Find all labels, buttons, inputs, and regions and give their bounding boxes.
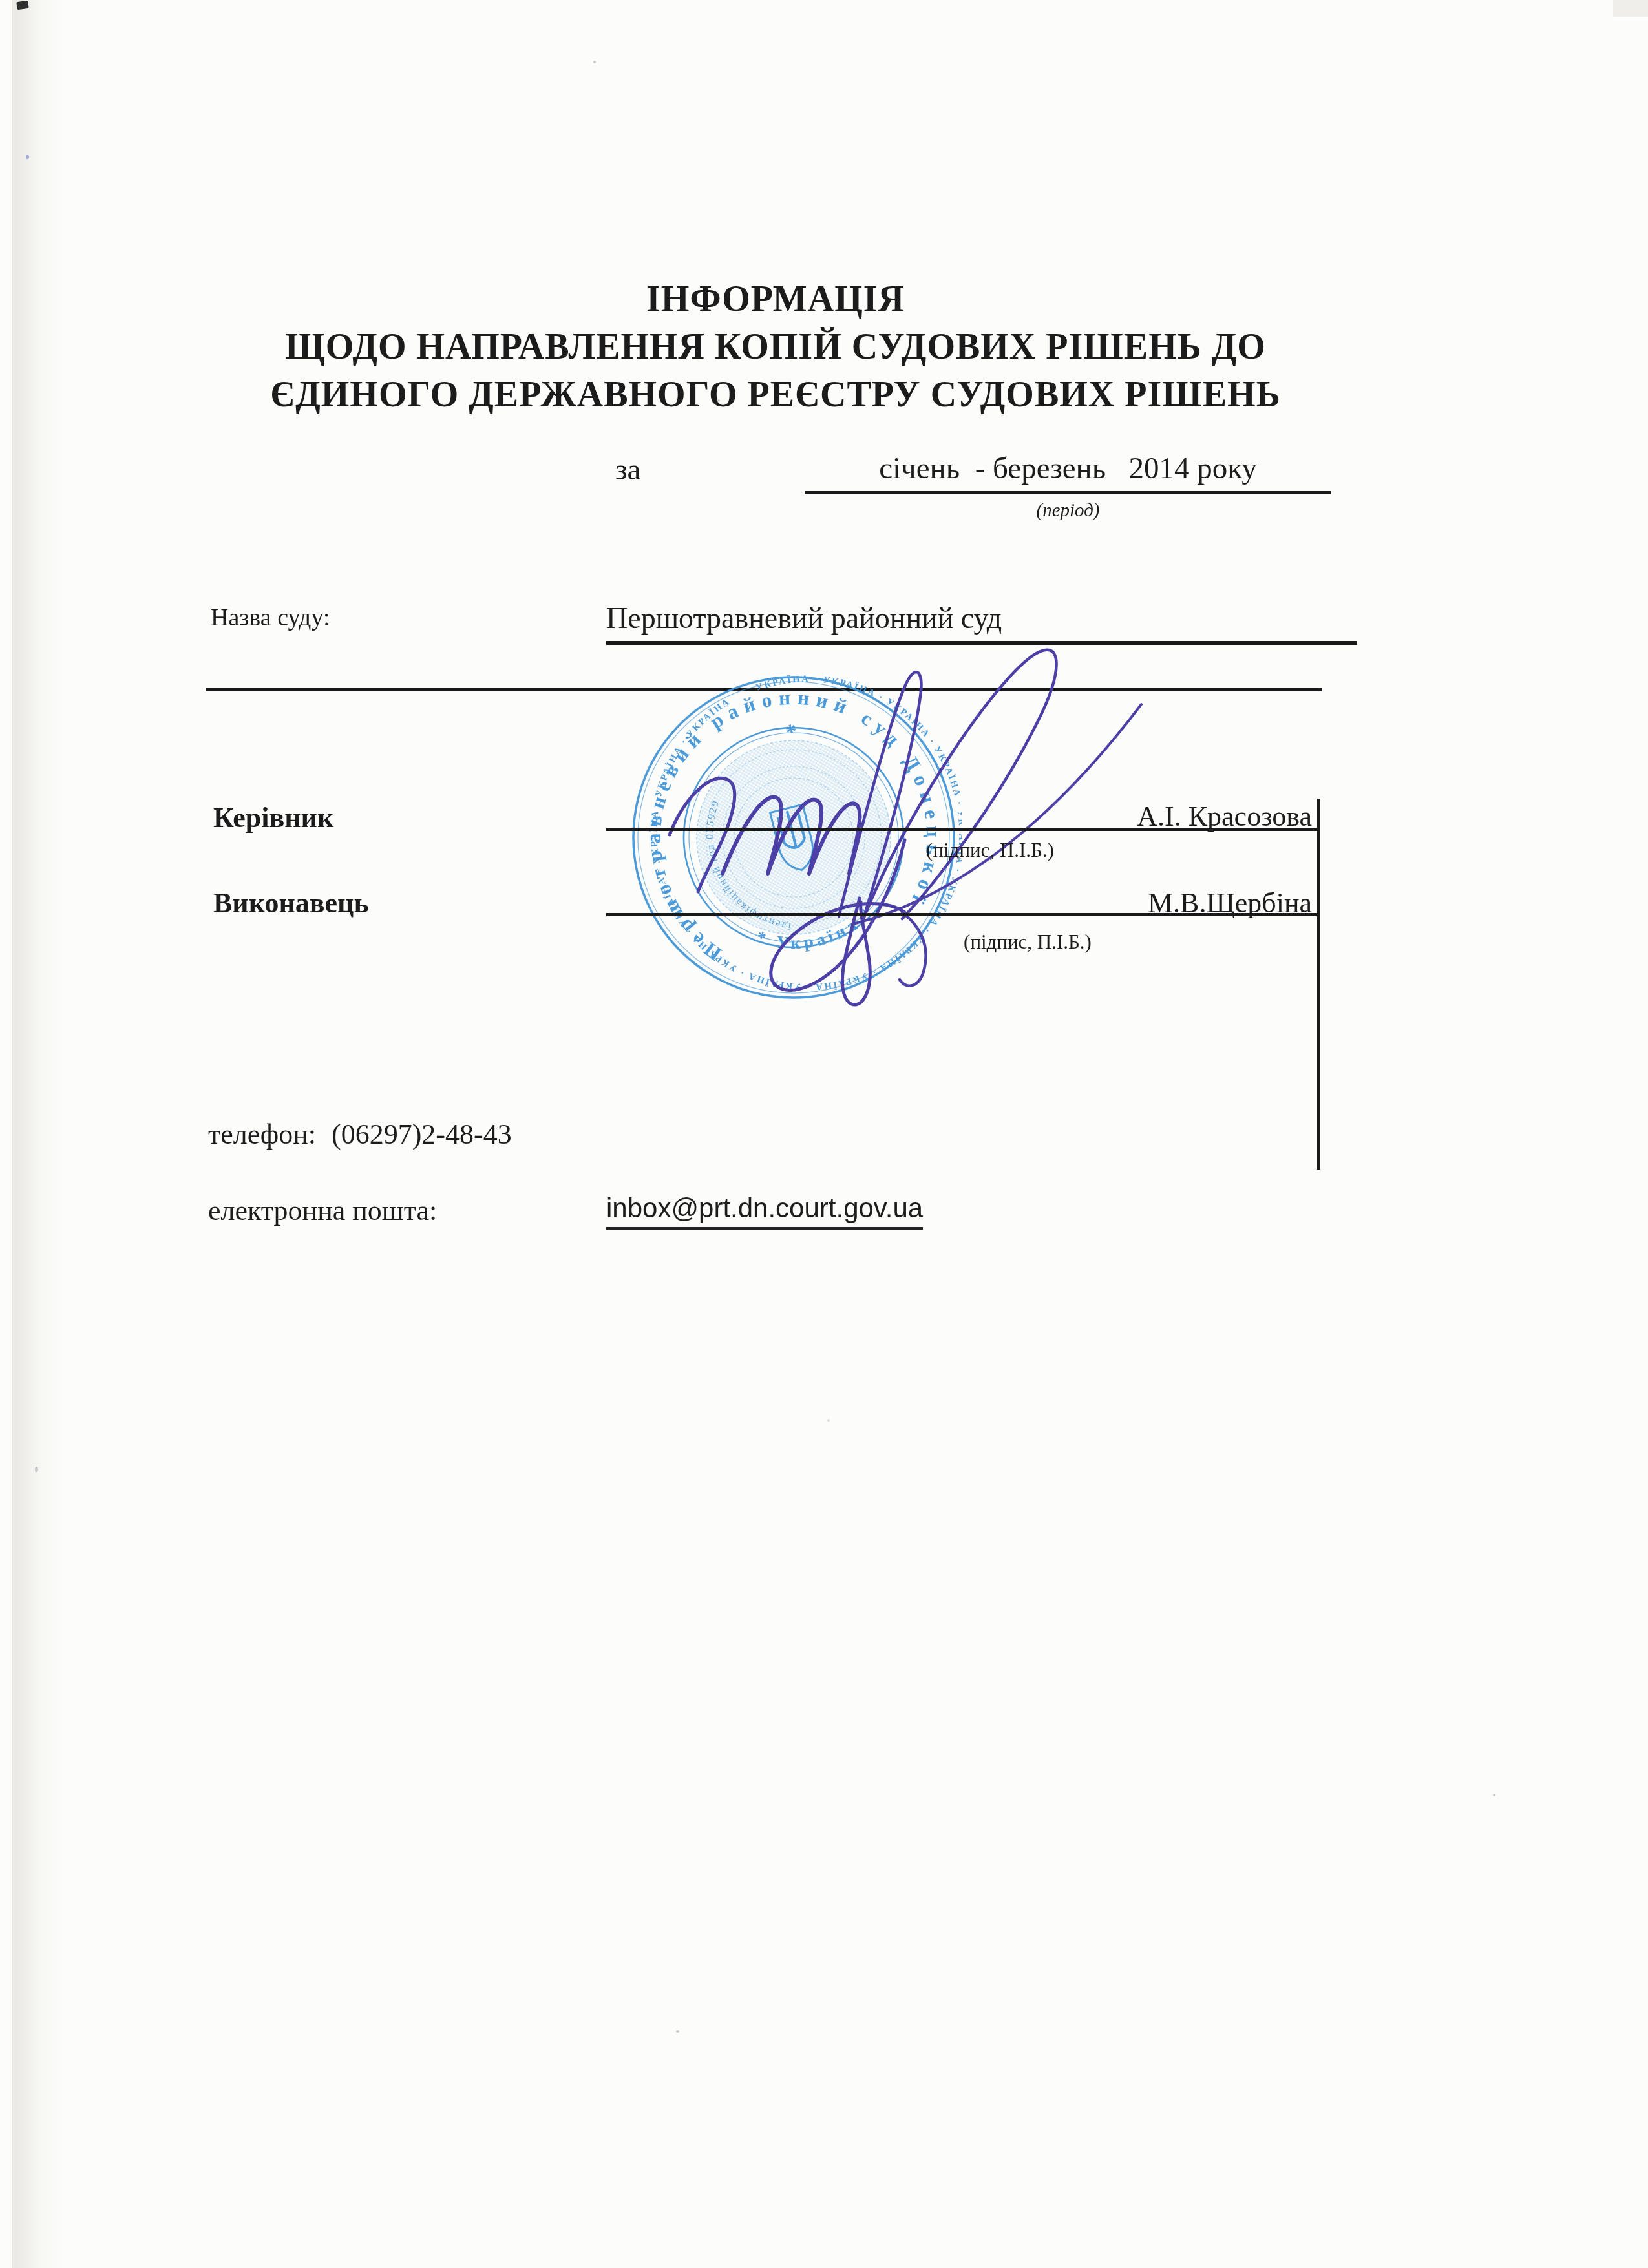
scan-speck	[35, 1467, 38, 1472]
title-line-1: ІНФОРМАЦІЯ	[207, 275, 1344, 323]
scan-corner-mark	[16, 1, 28, 10]
scan-speck	[593, 61, 596, 63]
period-value: січень - березень 2014 року	[805, 451, 1331, 494]
vykonavets-signature-rule	[606, 913, 1317, 916]
role-kerivnyk-label: Керівник	[213, 801, 333, 834]
phone-row: телефон:(06297)2-48-43	[208, 1118, 512, 1151]
phone-label: телефон:	[208, 1118, 316, 1150]
scan-speck	[1493, 1794, 1495, 1796]
kerivnyk-signature-caption: (підпис, П.І.Б.)	[829, 839, 1152, 862]
right-vertical-rule	[1317, 799, 1320, 1170]
scan-corner-shade	[1613, 0, 1648, 17]
scan-speck	[827, 1419, 830, 1422]
email-label: електронна пошта:	[208, 1194, 437, 1227]
scan-edge-shadow	[12, 0, 67, 2268]
title-line-2: ЩОДО НАПРАВЛЕННЯ КОПІЙ СУДОВИХ РІШЕНЬ ДО	[207, 323, 1344, 371]
scanned-document-page: ІНФОРМАЦІЯ ЩОДО НАПРАВЛЕННЯ КОПІЙ СУДОВИ…	[0, 0, 1648, 2268]
scan-speck	[676, 2030, 679, 2033]
scan-speck	[26, 155, 29, 159]
email-value: inbox@prt.dn.court.gov.ua	[606, 1193, 923, 1230]
title-line-3: ЄДИНОГО ДЕРЖАВНОГО РЕЄСТРУ СУДОВИХ РІШЕН…	[207, 371, 1344, 419]
court-name-label: Назва суду:	[211, 604, 330, 632]
document-title: ІНФОРМАЦІЯ ЩОДО НАПРАВЛЕННЯ КОПІЙ СУДОВИ…	[207, 275, 1344, 419]
role-vykonavets-label: Виконавець	[213, 887, 369, 919]
period-prefix: за	[615, 452, 640, 487]
vykonavets-signature-caption: (підпис, П.І.Б.)	[866, 930, 1189, 954]
kerivnyk-signature-rule	[606, 828, 1317, 831]
period-caption: (період)	[805, 500, 1331, 521]
phone-value: (06297)2-48-43	[332, 1118, 512, 1150]
